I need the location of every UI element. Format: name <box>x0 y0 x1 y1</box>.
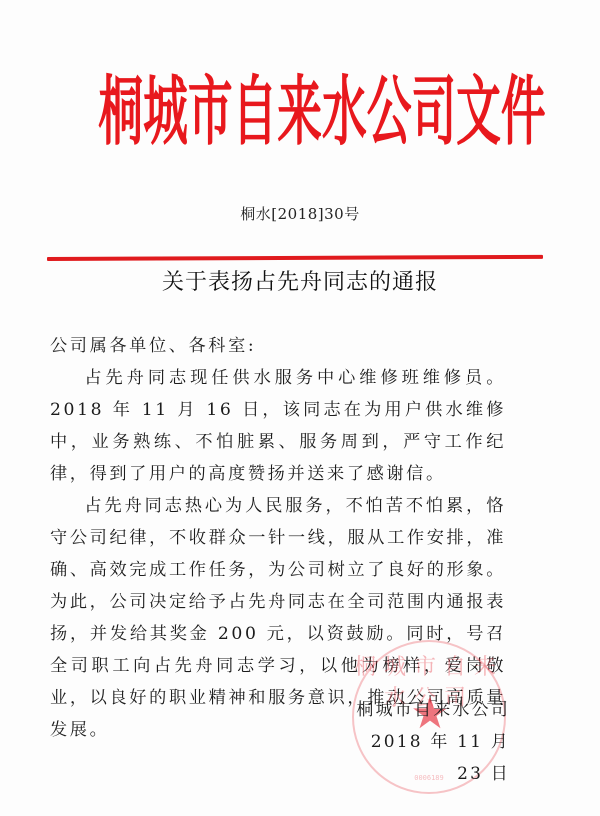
masthead-title-text: 桐城市自来水公司文件 <box>98 54 545 173</box>
signing-organization: 桐城市自来水公司 <box>340 694 510 726</box>
document-page: 桐城市自来水公司文件 桐水[2018]30号 关于表扬占先舟同志的通报 公司属各… <box>0 0 600 816</box>
document-number: 桐水[2018]30号 <box>0 203 600 224</box>
notice-title: 关于表扬占先舟同志的通报 <box>0 267 600 299</box>
salutation: 公司属各单位、各科室: <box>50 330 506 362</box>
notice-body: 公司属各单位、各科室: 占先舟同志现任供水服务中心维修班维修员。2018 年 1… <box>50 330 506 746</box>
signature-block: 桐城市自来水公司 2018 年 11 月 23 日 <box>340 694 510 790</box>
red-divider-rule <box>47 255 543 261</box>
signing-date: 2018 年 11 月 23 日 <box>340 726 510 790</box>
paragraph-1: 占先舟同志现任供水服务中心维修班维修员。2018 年 11 月 16 日，该同志… <box>50 362 506 490</box>
masthead-title: 桐城市自来水公司文件 <box>62 72 530 154</box>
